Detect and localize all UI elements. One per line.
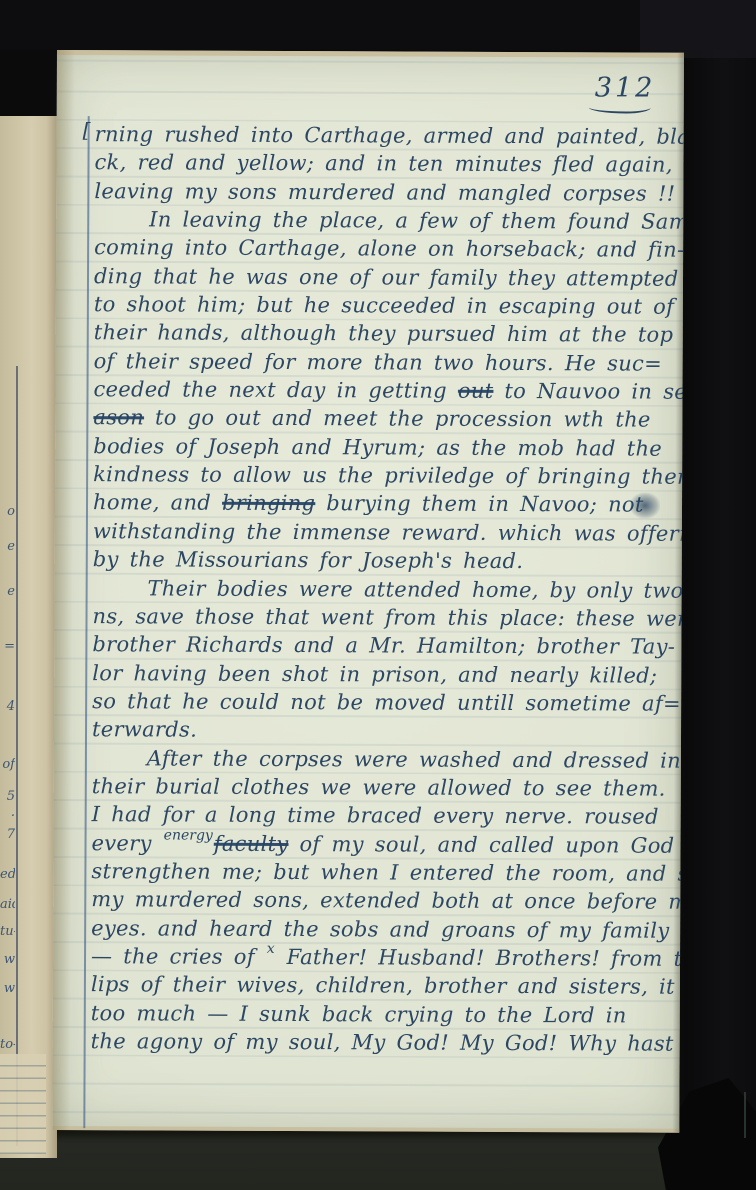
facing-page-margin-rule [16, 366, 18, 1146]
struck-word: ason [93, 406, 144, 430]
manuscript-line: leaving my sons murdered and mangled cor… [94, 177, 680, 208]
gutter-shadow [52, 50, 75, 1130]
manuscript-line: their burial clothes we were allowed to … [92, 772, 678, 803]
manuscript-line: my murdered sons, extended both at once … [91, 885, 677, 916]
manuscript-line: withstanding the immense reward. which w… [93, 517, 679, 548]
edge-fragment: to- [0, 1038, 15, 1052]
manuscript-page: [ 312 rning rushed into Carthage, armed … [52, 50, 684, 1133]
manuscript-line: ck, red and yellow; and in ten minutes f… [94, 149, 680, 180]
manuscript-line: too much — I sunk back crying to the Lor… [91, 999, 677, 1030]
manuscript-line: brother Richards and a Mr. Hamilton; bro… [92, 630, 678, 661]
edge-fragment: 4 [0, 700, 15, 714]
edge-fragment: e [0, 585, 15, 599]
manuscript-line: ding that he was one of our family they … [94, 262, 680, 293]
manuscript-line: kindness to allow us the priviledge of b… [93, 460, 679, 491]
edge-fragment: . [0, 806, 15, 820]
manuscript-line: every energyfaculty of my soul, and call… [91, 829, 677, 860]
manuscript-line: bodies of Joseph and Hyrum; as the mob h… [93, 432, 679, 463]
manuscript-line: home, and bringing burying them in Navoo… [93, 489, 679, 520]
edge-fragment: ed! [0, 868, 15, 882]
edge-fragment: aid [0, 898, 15, 912]
manuscript-line: by the Missourians for Joseph's head. [93, 545, 679, 576]
manuscript-line: lips of their wives, children, brother a… [91, 970, 677, 1001]
edge-fragment: 5 [0, 790, 15, 804]
ink-blot [630, 493, 660, 519]
manuscript-line: of their speed for more than two hours. … [94, 347, 680, 378]
page-top-edge [57, 50, 684, 58]
manuscript-line: coming into Carthage, alone on horseback… [94, 234, 680, 265]
manuscript-line: strengthen me; but when I entered the ro… [91, 857, 677, 888]
manuscript-line: ason to go out and meet the procession w… [93, 404, 679, 435]
manuscript-line: eyes. and heard the sobs and groans of m… [91, 914, 677, 945]
book-background-right [684, 0, 756, 1190]
edge-fragment: w [0, 982, 15, 996]
struck-word: out [458, 379, 494, 403]
page-number: 312 [595, 72, 656, 113]
manuscript-line: ns, save those that went from this place… [92, 602, 678, 633]
edge-fragment: 7 [0, 828, 15, 842]
background-light-patch [640, 0, 756, 58]
edge-fragment: e [0, 540, 15, 554]
margin-bracket: [ [83, 118, 91, 142]
manuscript-text: rning rushed into Carthage, armed and pa… [91, 120, 681, 1058]
manuscript-line: ceeded the next day in getting out to Na… [93, 375, 679, 406]
edge-fragment: of [0, 758, 15, 772]
manuscript-line: In leaving the place, a few of them foun… [94, 205, 680, 236]
manuscript-line: their hands, although they pursued him a… [94, 319, 680, 350]
edge-fragment: w [0, 953, 15, 967]
manuscript-line: — the cries of x Father! Husband! Brothe… [91, 942, 677, 973]
manuscript-line: After the corpses were washed and dresse… [92, 744, 678, 775]
edge-fragment: = [0, 640, 15, 654]
manuscript-line: Their bodies were attended home, by only… [93, 574, 679, 605]
facing-page-ruling [0, 1054, 46, 1154]
struck-word: bringing [222, 491, 315, 515]
facing-page-edge: oee=4of5.7ed!aidtu-wwto- [0, 116, 57, 1158]
manuscript-line: lor having been shot in prison, and near… [92, 659, 678, 690]
manuscript-line: so that he could not be moved untill som… [92, 687, 678, 718]
film-scratch [744, 1092, 746, 1138]
manuscript-line: to shoot him; but he succeeded in escapi… [94, 290, 680, 321]
edge-fragment: o [0, 505, 15, 519]
margin-rule [83, 116, 89, 1128]
manuscript-line: the agony of my soul, My God! My God! Wh… [91, 1027, 677, 1058]
struck-word: faculty [214, 831, 289, 855]
edge-fragment: tu- [0, 925, 15, 939]
manuscript-line: terwards. [92, 715, 678, 746]
manuscript-line: rning rushed into Carthage, armed and pa… [95, 120, 681, 151]
